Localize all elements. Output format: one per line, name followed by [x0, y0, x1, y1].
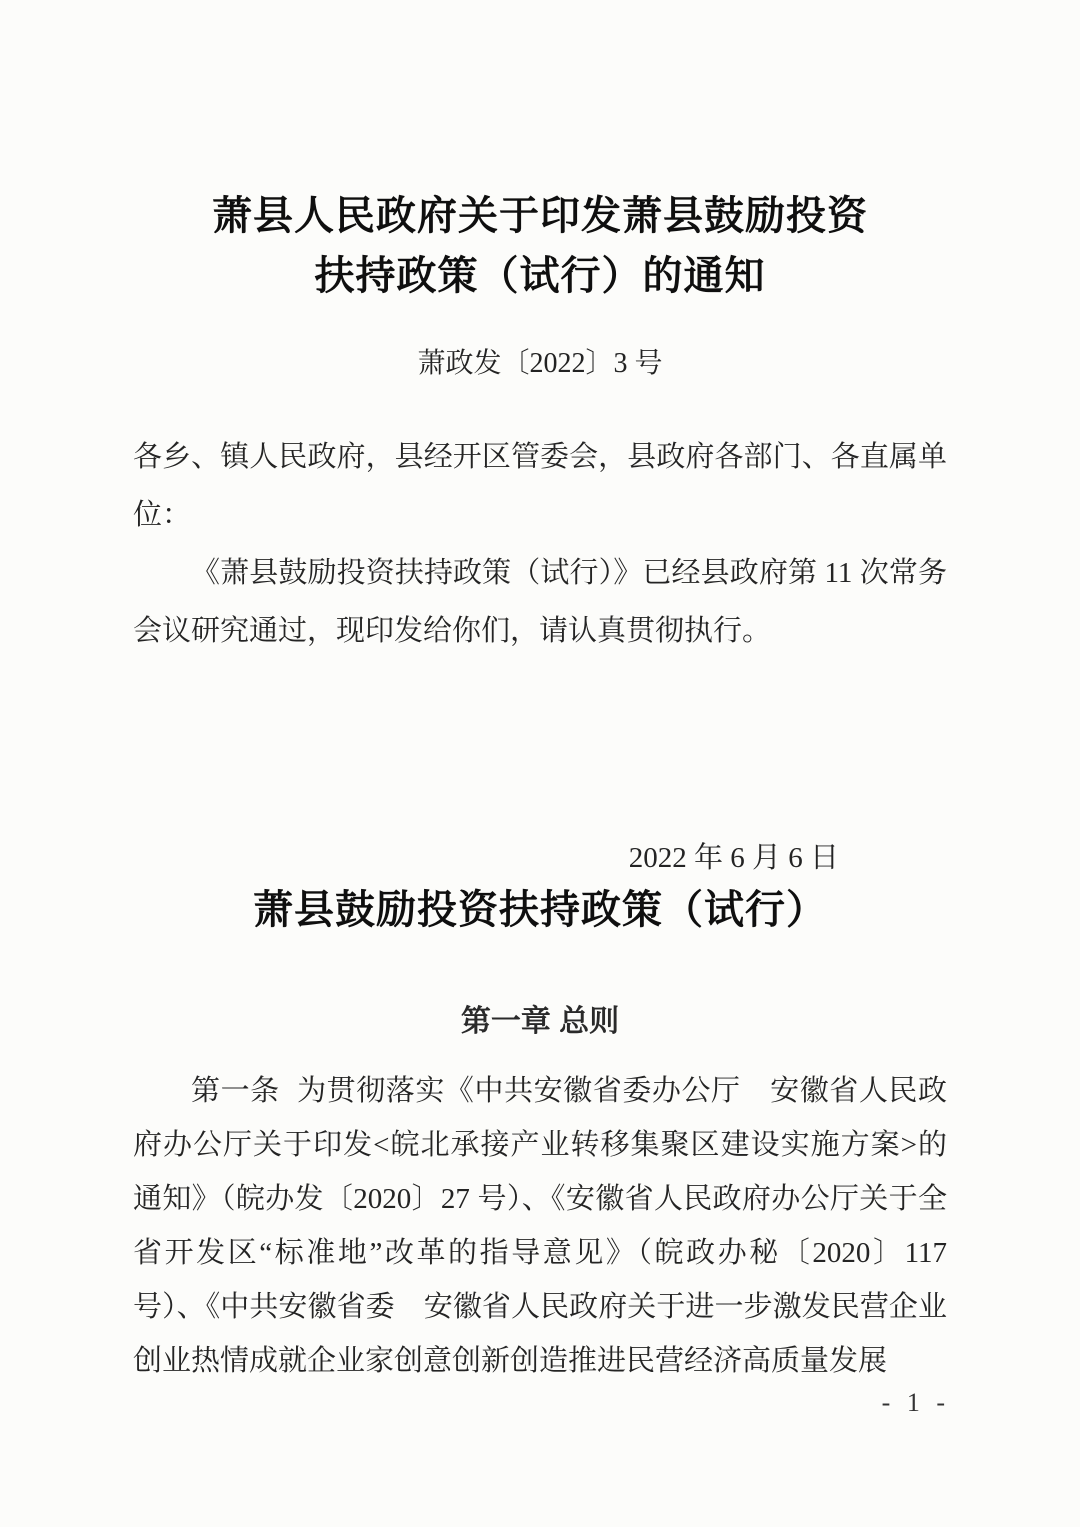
chapter-1-heading: 第一章 总则: [133, 1002, 947, 1042]
forwarding-paragraph: 《萧县鼓励投资扶持政策（试行）》已经县政府第 11 次常务会议研究通过，现印发给…: [133, 544, 947, 660]
article-1-text: 为贯彻落实《中共安徽省委办公厅 安徽省人民政府办公厅关于印发<皖北承接产业转移集…: [133, 1075, 947, 1377]
document-number: 萧政发〔2022〕3 号: [133, 346, 947, 382]
policy-title: 萧县鼓励投资扶持政策（试行）: [133, 882, 947, 938]
document-page: 萧县人民政府关于印发萧县鼓励投资 扶持政策（试行）的通知 萧政发〔2022〕3 …: [0, 0, 1080, 1527]
document-title-line2: 扶持政策（试行）的通知: [133, 246, 947, 306]
issue-date: 2022 年 6 月 6 日: [133, 836, 947, 880]
article-1-label: 第一条: [191, 1075, 280, 1107]
document-title-line1: 萧县人民政府关于印发萧县鼓励投资: [133, 186, 947, 246]
salutation-line: 各乡、镇人民政府，县经开区管委会，县政府各部门、各直属单位：: [133, 428, 947, 544]
article-1-paragraph: 第一条为贯彻落实《中共安徽省委办公厅 安徽省人民政府办公厅关于印发<皖北承接产业…: [133, 1064, 947, 1388]
page-number: - 1 -: [882, 1388, 950, 1418]
page-content: 萧县人民政府关于印发萧县鼓励投资 扶持政策（试行）的通知 萧政发〔2022〕3 …: [0, 0, 1080, 1388]
document-title: 萧县人民政府关于印发萧县鼓励投资 扶持政策（试行）的通知: [133, 0, 947, 306]
